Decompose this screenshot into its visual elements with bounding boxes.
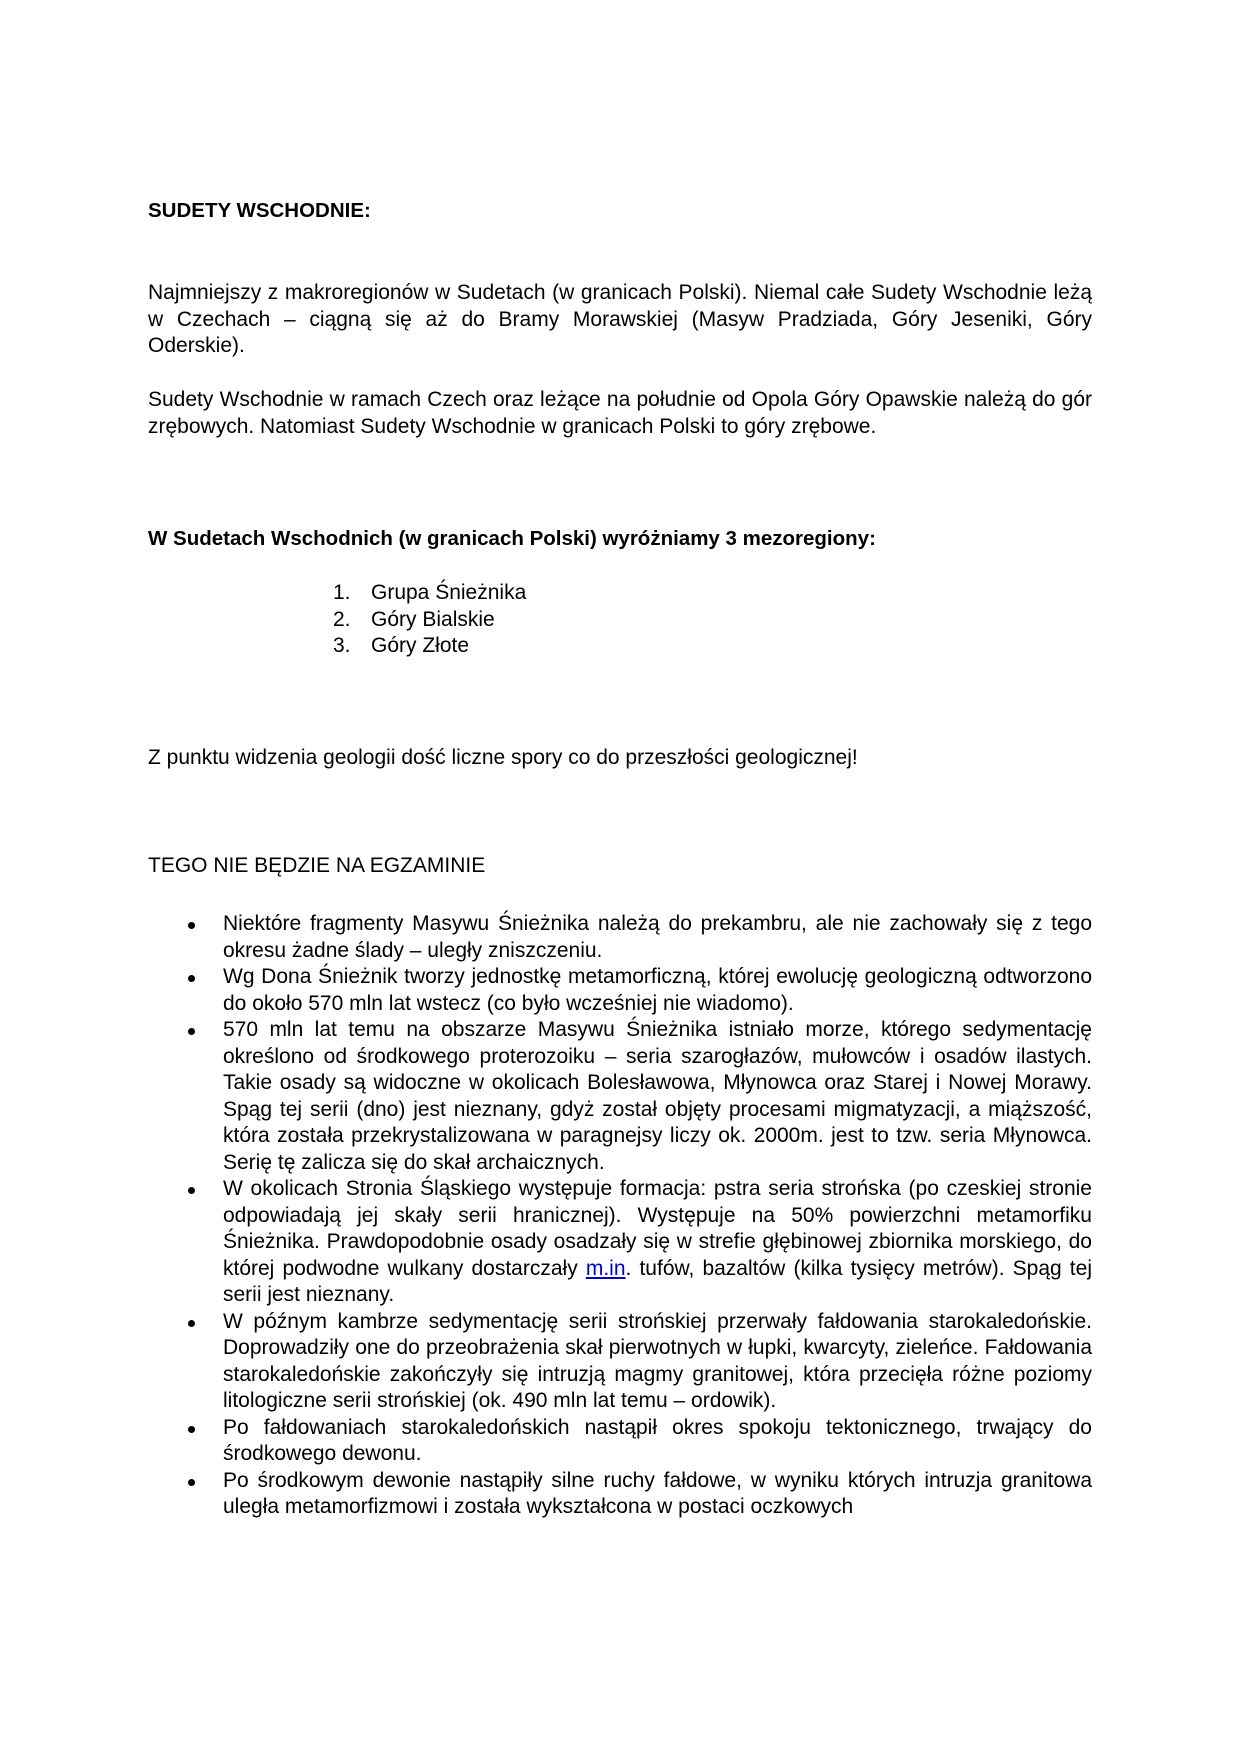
bullet-icon <box>188 1028 195 1035</box>
bullet-icon <box>188 1479 195 1486</box>
bullet-list: Niektóre fragmenty Masywu Śnieżnika nale… <box>148 911 1092 1521</box>
bullet-item: 570 mln lat temu na obszarze Masywu Śnie… <box>148 1017 1092 1176</box>
list-number: 1. <box>333 580 371 607</box>
bullet-text: 570 mln lat temu na obszarze Masywu Śnie… <box>223 1018 1092 1174</box>
bullet-item: W okolicach Stronia Śląskiego występuje … <box>148 1176 1092 1309</box>
mezoregions-list: 1. Grupa Śnieżnika 2. Góry Bialskie 3. G… <box>333 580 526 660</box>
list-number: 3. <box>333 633 371 660</box>
bullet-text: Po środkowym dewonie nastąpiły silne ruc… <box>223 1469 1092 1519</box>
bullet-icon <box>188 975 195 982</box>
bullet-item: Wg Dona Śnieżnik tworzy jednostkę metamo… <box>148 964 1092 1017</box>
list-item: 3. Góry Złote <box>333 633 526 660</box>
bullet-item: W późnym kambrze sedymentację serii stro… <box>148 1309 1092 1415</box>
list-number: 2. <box>333 607 371 634</box>
bullet-item: Po środkowym dewonie nastąpiły silne ruc… <box>148 1468 1092 1521</box>
bullet-text: Niektóre fragmenty Masywu Śnieżnika nale… <box>223 912 1092 962</box>
geology-note: Z punktu widzenia geologii dość liczne s… <box>148 745 858 772</box>
section-title: TEGO NIE BĘDZIE NA EGZAMINIE <box>148 853 485 880</box>
list-label: Góry Złote <box>371 633 469 660</box>
bullet-icon <box>188 1187 195 1194</box>
mezoregions-heading: W Sudetach Wschodnich (w granicach Polsk… <box>148 526 876 553</box>
bullet-icon <box>188 922 195 929</box>
bullet-item: Niektóre fragmenty Masywu Śnieżnika nale… <box>148 911 1092 964</box>
bullet-text: W późnym kambrze sedymentację serii stro… <box>223 1310 1092 1413</box>
list-label: Góry Bialskie <box>371 607 495 634</box>
bullet-text: Wg Dona Śnieżnik tworzy jednostkę metamo… <box>223 965 1092 1015</box>
list-item: 2. Góry Bialskie <box>333 607 526 634</box>
min-link[interactable]: m.in <box>586 1257 626 1280</box>
list-item: 1. Grupa Śnieżnika <box>333 580 526 607</box>
bullet-item: Po fałdowaniach starokaledońskich nastąp… <box>148 1415 1092 1468</box>
bullet-icon <box>188 1320 195 1327</box>
paragraph-czech: Sudety Wschodnie w ramach Czech oraz leż… <box>148 387 1092 440</box>
bullet-text: Po fałdowaniach starokaledońskich nastąp… <box>223 1416 1092 1466</box>
bullet-icon <box>188 1426 195 1433</box>
paragraph-intro: Najmniejszy z makroregionów w Sudetach (… <box>148 280 1092 360</box>
list-label: Grupa Śnieżnika <box>371 580 526 607</box>
document-heading: SUDETY WSCHODNIE: <box>148 198 371 225</box>
